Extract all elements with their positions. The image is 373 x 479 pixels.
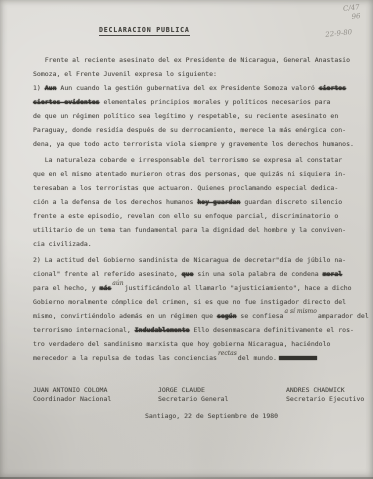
signature-name: ANDRES CHADWICK — [286, 386, 364, 395]
paragraph: La naturaleza cobarde e irresponsable de… — [33, 153, 353, 251]
typed-line: Frente al reciente asesinato del ex Pres… — [33, 53, 353, 67]
typed-text: frente a este episodio, revelan con ello… — [33, 212, 338, 220]
typed-line: teresaban a los terroristas que actuaron… — [33, 181, 353, 195]
typed-text: La naturaleza cobarde e irresponsable de… — [33, 156, 342, 164]
typed-text: ción a la defensa de los derechos humano… — [33, 198, 197, 206]
pencil-date: 22-9-80 — [325, 28, 353, 40]
strikethrough-text: más — [100, 284, 112, 292]
strikethrough-text: hoy guardan — [197, 198, 240, 206]
strikethrough-text: moral — [323, 270, 343, 278]
typed-line: terrorismo internacional, Indudablemente… — [33, 323, 353, 337]
typed-line: Gobierno moralmente cómplice del crimen,… — [33, 295, 353, 309]
strikethrough-text: Aun — [45, 84, 57, 92]
typed-text: guardan discreto silencio — [240, 198, 342, 206]
strikethrough-text: según — [217, 312, 237, 320]
handwritten-correction: rectas — [217, 350, 238, 357]
typed-line: Somoza, el Frente Juvenil expresa lo sig… — [33, 67, 353, 81]
typed-line: ción a la defensa de los derechos humano… — [33, 195, 353, 209]
signature-2: JORGE CLAUDE Secretario General — [158, 386, 228, 404]
signature-name: JORGE CLAUDE — [158, 386, 228, 395]
handwritten-correction: a sí mismo — [283, 308, 317, 315]
typed-line: que en el mismo atentado murieron otras … — [33, 167, 353, 181]
typed-line: merecedor a la repulsa de todas las conc… — [33, 351, 353, 365]
document-body: Frente al reciente asesinato del ex Pres… — [33, 53, 353, 365]
strikethrough-text: que — [182, 270, 194, 278]
signature-3: ANDRES CHADWICK Secretario Ejecutivo — [286, 386, 364, 404]
typed-text: Frente al reciente asesinato del ex Pres… — [33, 56, 350, 64]
typed-text: merecedor a la repulsa de todas las conc… — [33, 354, 217, 362]
typed-text: terrorismo internacional, — [33, 326, 135, 334]
paragraph: Frente al reciente asesinato del ex Pres… — [33, 53, 353, 151]
typed-text: utilitario de un tema tan fundamental pa… — [33, 226, 346, 234]
typed-line: 1) Aun Aun cuando la gestión gubernativa… — [33, 81, 353, 95]
pencil-annotation: C/47 96 22-9-80 — [322, 3, 362, 40]
typed-line: Paraguay, donde residía después de su de… — [33, 123, 353, 137]
document-title: DECLARACION PUBLICA — [99, 26, 190, 36]
signature-name: JUAN ANTONIO COLOMA — [33, 386, 111, 395]
typed-text: dena, ya que todo acto terrorista viola … — [33, 140, 354, 148]
handwritten-correction: aún — [111, 280, 124, 287]
scanned-document-page: C/47 96 22-9-80 DECLARACION PUBLICA Fren… — [0, 0, 373, 479]
paragraph: 2) La actitud del Gobierno sandinista de… — [33, 253, 353, 365]
typed-line: ciertos evidentes elementales principios… — [33, 95, 353, 109]
strikethrough-text: Indudablemente — [135, 326, 190, 334]
typed-line: para el hecho, y másaúnjustificándolo al… — [33, 281, 353, 295]
typed-text: amparador del — [318, 312, 369, 320]
typed-line: tro verdadero del sandinismo marxista qu… — [33, 337, 353, 351]
typed-text: 2) La actitud del Gobierno sandinista de… — [33, 256, 346, 264]
signature-role: Secretario General — [158, 395, 228, 404]
typed-text: se confiesa — [237, 312, 284, 320]
typed-text: para el hecho, y — [33, 284, 100, 292]
typed-line: de que un régimen político sea legítimo … — [33, 109, 353, 123]
typed-text: justificándolo al llamarlo "ajusticiamie… — [125, 284, 352, 292]
typed-text: Ello desenmascara definitivamente el ros… — [190, 326, 354, 334]
typed-text: sin una sola palabra de condena — [193, 270, 322, 278]
dateline: Santiago, 22 de Septiembre de 1980 — [145, 412, 278, 420]
typed-text: Somoza, el Frente Juvenil expresa lo sig… — [33, 70, 217, 78]
typed-text: elementales principios morales y polític… — [100, 98, 331, 106]
typed-text: mismo, convirtiéndolo además en un régim… — [33, 312, 217, 320]
typed-line: dena, ya que todo acto terrorista viola … — [33, 137, 353, 151]
typed-line: mismo, convirtiéndolo además en un régim… — [33, 309, 353, 323]
typed-text: de que un régimen político sea legítimo … — [33, 112, 338, 120]
typed-line: 2) La actitud del Gobierno sandinista de… — [33, 253, 353, 267]
strikethrough-text: ciertos evidentes — [33, 98, 100, 106]
typed-line: frente a este episodio, revelan con ello… — [33, 209, 353, 223]
typed-text: Gobierno moralmente cómplice del crimen,… — [33, 298, 346, 306]
typed-text: teresaban a los terroristas que actuaron… — [33, 184, 338, 192]
typed-line: cia civilizada. — [33, 237, 353, 251]
strikethrough-text: ciertos — [319, 84, 346, 92]
typed-text: cia civilizada. — [33, 240, 92, 248]
typed-text: Paraguay, donde residía después de su de… — [33, 126, 346, 134]
typed-text: que en el mismo atentado murieron otras … — [33, 170, 346, 178]
signature-role: Coordinador Nacional — [33, 395, 111, 404]
typed-text: 1) — [33, 84, 45, 92]
signature-role: Secretario Ejecutivo — [286, 395, 364, 404]
signature-1: JUAN ANTONIO COLOMA Coordinador Nacional — [33, 386, 111, 404]
signature-block: JUAN ANTONIO COLOMA Coordinador Nacional… — [0, 386, 373, 410]
typed-line: La naturaleza cobarde e irresponsable de… — [33, 153, 353, 167]
typed-line: cional" frente al referido asesinato, qu… — [33, 267, 353, 281]
redaction-mark — [279, 356, 317, 360]
typed-text: cional" frente al referido asesinato, — [33, 270, 182, 278]
typed-text: Aun cuando la gestión gubernativa del ex… — [57, 84, 319, 92]
typed-text: tro verdadero del sandinismo marxista qu… — [33, 340, 330, 348]
typed-line: utilitario de un tema tan fundamental pa… — [33, 223, 353, 237]
typed-text: del mundo. — [238, 354, 277, 362]
